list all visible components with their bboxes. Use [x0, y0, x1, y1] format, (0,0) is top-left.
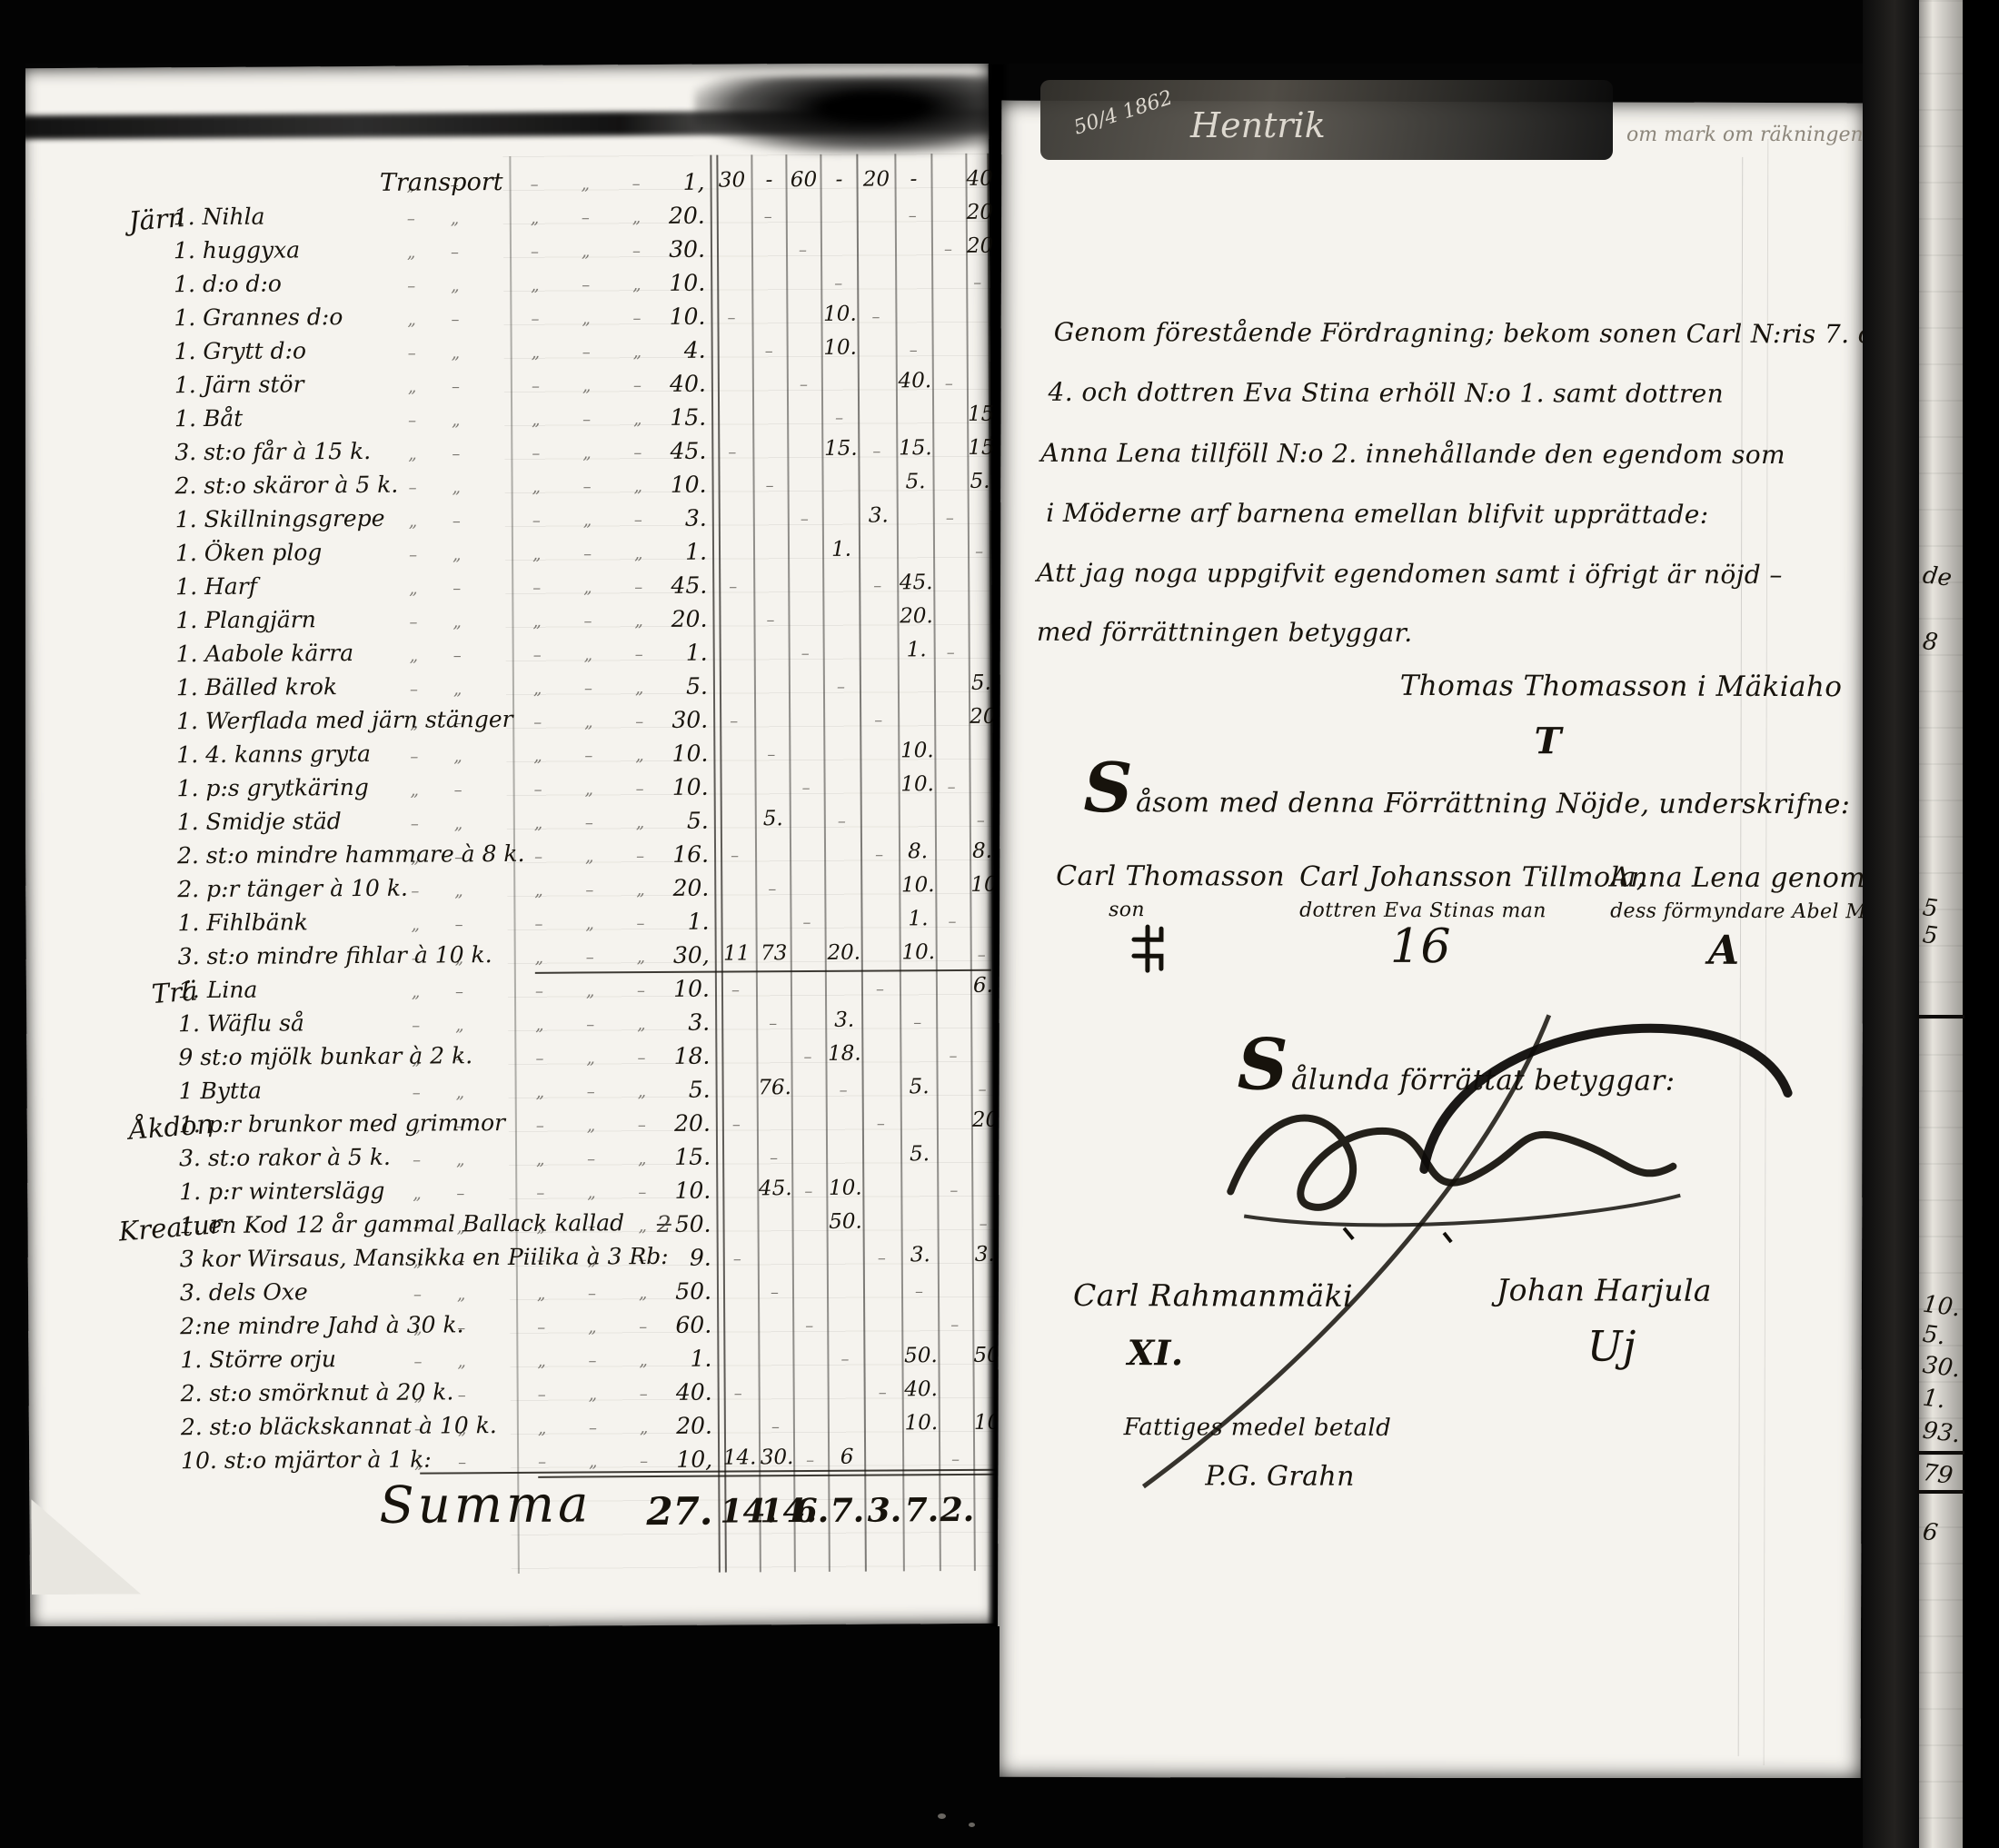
- ditto-mark: „: [537, 1352, 545, 1371]
- row-value: 10.: [608, 976, 710, 1003]
- table-row: 2:ne mindre Jahd à 30 k.„––„–60.––: [28, 1308, 996, 1348]
- edge-fragment: 10.: [1921, 1291, 1962, 1323]
- paragraph-line: Anna Lena tillföll N:o 2. innehållande d…: [1040, 438, 1785, 470]
- ditto-mark: –: [873, 576, 881, 595]
- row-cell: 10.: [900, 873, 936, 897]
- table-row: 1. Större orju–„„–„1.–50.50.: [28, 1342, 996, 1382]
- ditto-mark: –: [768, 879, 776, 899]
- edge-fragment: 79: [1921, 1459, 1954, 1490]
- ditto-mark: „: [455, 1016, 463, 1035]
- ditto-mark: „: [413, 1185, 421, 1204]
- edge-fragment: 1.: [1921, 1385, 1946, 1415]
- ditto-mark: –: [732, 1115, 741, 1134]
- ditto-mark: –: [409, 546, 417, 565]
- ditto-mark: „: [456, 1150, 464, 1169]
- row-cell: 40.: [903, 1377, 940, 1401]
- ditto-mark: –: [802, 913, 811, 932]
- ditto-mark: „: [531, 209, 539, 228]
- row-cell: 1.: [900, 907, 936, 930]
- ditto-mark: „: [532, 545, 541, 564]
- ditto-mark: „: [451, 209, 459, 228]
- row-description: 1. Grannes d:o: [174, 303, 343, 331]
- ditto-mark: „: [582, 443, 591, 462]
- ditto-mark: „: [536, 1150, 544, 1169]
- ditto-mark: –: [589, 1418, 597, 1437]
- ditto-mark: „: [453, 680, 462, 699]
- row-description: 1. Lina: [178, 977, 258, 1004]
- ditto-mark: –: [910, 341, 918, 360]
- ditto-mark: „: [589, 1385, 597, 1404]
- row-value: 10,: [611, 1446, 712, 1474]
- payment-note: Fattiges medel betald: [1124, 1414, 1392, 1442]
- row-description: 2. st:o skäror à 5 k.: [174, 472, 398, 500]
- ditto-mark: „: [411, 849, 419, 868]
- ditto-mark: „: [532, 612, 541, 631]
- ditto-mark: –: [410, 681, 418, 700]
- row-cell: 50.: [827, 1210, 863, 1234]
- ditto-mark: –: [457, 1251, 465, 1270]
- ditto-mark: „: [587, 1183, 595, 1202]
- row-value: 10.: [609, 1177, 711, 1205]
- row-cell: 40.: [897, 369, 933, 392]
- ditto-mark: –: [977, 811, 985, 830]
- ditto-mark: „: [455, 949, 463, 968]
- ditto-mark: –: [733, 1249, 741, 1268]
- ditto-mark: –: [584, 746, 592, 765]
- officiant-signature: Thomas Thomasson i Mäkiaho: [1400, 670, 1843, 703]
- ditto-mark: –: [731, 846, 739, 865]
- ditto-mark: –: [586, 1015, 594, 1034]
- ditto-mark: –: [408, 412, 416, 431]
- ditto-mark: –: [408, 344, 416, 363]
- row-description: 1. p:r winterslägg: [179, 1177, 384, 1205]
- row-cell: 20.: [898, 604, 934, 628]
- ditto-mark: –: [454, 780, 462, 800]
- heir-signature: Anna Lena genom: [1610, 862, 1865, 895]
- bomaerke-cross-icon: [1127, 923, 1169, 974]
- row-description: 3. st:o får à 15 k.: [174, 438, 371, 465]
- ditto-mark: „: [408, 445, 416, 464]
- row-cell: 60: [786, 168, 820, 192]
- ditto-mark: „: [535, 949, 543, 968]
- row-value: 250.: [609, 1211, 711, 1238]
- ditto-mark: „: [583, 511, 592, 530]
- ditto-mark: „: [413, 1252, 422, 1271]
- row-cell: 10.: [900, 940, 937, 964]
- summa-cell: 3.: [865, 1491, 903, 1529]
- ditto-mark: –: [413, 1218, 422, 1237]
- ditto-mark: –: [532, 377, 540, 396]
- row-cell: 6: [829, 1446, 865, 1469]
- row-value: 16.: [607, 841, 709, 869]
- row-cell: 5.: [901, 1075, 938, 1098]
- row-cell: 30: [711, 168, 751, 192]
- ditto-mark: –: [587, 1217, 595, 1236]
- paragraph-line: i Möderne arf barnena emellan blifvit up…: [1046, 498, 1708, 530]
- summa-cell: 6.: [794, 1492, 829, 1530]
- ditto-mark: „: [414, 1454, 423, 1473]
- row-description: 1. p:s grytkäring: [177, 774, 369, 801]
- ditto-mark: –: [876, 979, 884, 999]
- page-edge-shadow: [694, 75, 995, 155]
- ditto-mark: –: [537, 1318, 545, 1337]
- ditto-mark: „: [589, 1452, 597, 1471]
- ditto-mark: –: [944, 240, 952, 259]
- table-row: 1. Plangjärn–„„–„20.–20.: [24, 602, 991, 642]
- ditto-mark: „: [584, 712, 592, 731]
- ditto-mark: „: [407, 311, 415, 330]
- ditto-mark: –: [411, 815, 419, 834]
- table-row: 3. dels Oxe–„„–„50.––: [28, 1275, 996, 1315]
- ditto-mark: –: [583, 544, 592, 563]
- heir-bomaerke: 16: [1390, 919, 1451, 974]
- header-note: om mark om räkningen ut: [1626, 124, 1891, 146]
- film-speck: [938, 1813, 946, 1819]
- ditto-mark: „: [453, 747, 462, 766]
- row-cell: 45.: [898, 571, 934, 594]
- ditto-mark: –: [771, 1417, 780, 1436]
- ditto-mark: –: [453, 579, 461, 598]
- page-corner-fold: [31, 1498, 141, 1595]
- row-cell: 18.: [826, 1042, 862, 1066]
- row-cell: 20: [857, 167, 895, 191]
- paragraph-line: Att jag noga uppgifvit egendomen samt i …: [1037, 558, 1783, 590]
- heir-signature-sub: son: [1109, 899, 1145, 921]
- row-cell: 3.: [826, 1008, 862, 1032]
- ditto-mark: –: [536, 1184, 544, 1203]
- edge-fragment: 5.: [1921, 1321, 1946, 1351]
- ditto-mark: „: [533, 680, 542, 699]
- row-cell: -: [820, 168, 857, 192]
- ditto-mark: –: [532, 444, 540, 463]
- witness-bomaerke: XI.: [1128, 1332, 1184, 1373]
- sliver-rule: [1917, 1451, 1964, 1455]
- ditto-mark: –: [533, 713, 542, 732]
- row-description: 3. st:o rakor à 5 k.: [179, 1144, 391, 1171]
- ditto-mark: „: [407, 243, 415, 263]
- ditto-mark: „: [531, 276, 539, 295]
- ditto-mark: „: [452, 411, 460, 430]
- ditto-mark: –: [531, 310, 539, 329]
- row-description: 3. st:o mindre fihlar à 10 k.: [178, 941, 492, 969]
- row-cell: 15.: [897, 436, 933, 460]
- ditto-mark: –: [875, 845, 883, 864]
- row-description: 3. dels Oxe: [180, 1278, 308, 1306]
- paragraph-line: Genom förestående Fördragning; bekom son…: [1054, 317, 1905, 349]
- film-border: [1963, 0, 1999, 1848]
- ditto-mark: –: [973, 273, 981, 293]
- ditto-mark: –: [413, 1286, 422, 1305]
- row-cell: 14.: [720, 1446, 760, 1469]
- ditto-mark: –: [909, 206, 917, 225]
- row-cell: -: [895, 167, 931, 191]
- ditto-mark: –: [803, 1048, 811, 1067]
- row-cell: 1.: [823, 538, 860, 561]
- ditto-mark: „: [457, 1352, 465, 1371]
- ditto-mark: –: [767, 745, 775, 764]
- ditto-mark: „: [458, 1419, 466, 1438]
- heir-signature: Carl Johansson Tillmola,: [1299, 861, 1646, 894]
- row-description: 1. Fihlbänk: [177, 909, 308, 936]
- ditto-mark: „: [453, 478, 461, 497]
- ditto-mark: „: [538, 1419, 546, 1438]
- ditto-mark: „: [412, 983, 420, 1002]
- row-value: 1.: [605, 539, 707, 566]
- summa-label: Summa: [379, 1475, 592, 1535]
- row-cell: 15.: [822, 437, 859, 461]
- row-description: 2. p:r tänger à 10 k.: [177, 875, 408, 903]
- row-cell: 73: [757, 941, 791, 965]
- witness-signature: Johan Harjula: [1497, 1272, 1712, 1308]
- row-cell: 30.: [760, 1446, 794, 1469]
- witness-bomaerke: Uj: [1587, 1321, 1636, 1370]
- ditto-mark: –: [799, 241, 807, 260]
- ditto-mark: –: [535, 982, 543, 1001]
- row-description: 1. Större orju: [180, 1346, 336, 1373]
- row-description: 1. 4. kanns gryta: [176, 740, 371, 768]
- ditto-mark: –: [409, 613, 417, 632]
- ditto-mark: –: [583, 611, 592, 631]
- row-description: 1. Nihla: [174, 204, 265, 231]
- ditto-mark: –: [871, 307, 880, 326]
- ditto-mark: –: [837, 678, 845, 697]
- ditto-mark: –: [587, 1082, 595, 1101]
- ditto-mark: –: [534, 848, 542, 867]
- ditto-mark: –: [840, 1350, 849, 1369]
- edge-fragment: de: [1921, 561, 1953, 592]
- ditto-mark: „: [409, 580, 417, 599]
- signature-circle-flourish: [1398, 979, 1808, 1197]
- row-cell: 5.: [756, 807, 791, 830]
- ditto-mark: –: [877, 1114, 885, 1133]
- ditto-mark: –: [410, 748, 418, 767]
- ditto-mark: –: [534, 780, 542, 800]
- ditto-mark: „: [413, 1118, 421, 1137]
- ditto-mark: „: [582, 309, 590, 328]
- row-value: 20.: [603, 203, 705, 230]
- film-speck: [969, 1823, 975, 1827]
- ditto-mark: „: [410, 714, 418, 733]
- ditto-mark: „: [536, 1217, 544, 1237]
- ditto-mark: –: [455, 1049, 463, 1068]
- row-cell: 3.: [902, 1243, 939, 1267]
- ditto-mark: –: [586, 948, 594, 967]
- row-description: 10. st:o mjärtor à 1 k:: [181, 1446, 432, 1475]
- table-row: 1. Skillningsgrepe„––„–3.–3.–: [24, 502, 991, 541]
- row-cell: 10.: [899, 739, 935, 762]
- row-value: 5.: [609, 1077, 711, 1104]
- row-cell: 5.: [897, 470, 933, 493]
- row-value: 9.: [610, 1245, 711, 1272]
- ditto-mark: –: [801, 644, 810, 663]
- ditto-mark: –: [453, 512, 461, 531]
- row-description: 1. en Kod 12 år gammal Ballack kallad: [179, 1209, 624, 1238]
- row-value: 45.: [605, 572, 707, 600]
- ditto-mark: –: [458, 1386, 466, 1405]
- ditto-mark: –: [532, 512, 541, 531]
- ditto-mark: –: [734, 1384, 742, 1403]
- ditto-mark: –: [948, 912, 956, 931]
- ditto-mark: „: [537, 1285, 545, 1304]
- page-fold-line: [1764, 139, 1769, 1765]
- ditto-mark: „: [411, 781, 419, 800]
- ditto-mark: –: [731, 980, 740, 999]
- ditto-mark: „: [532, 411, 540, 430]
- ditto-mark: –: [533, 646, 542, 665]
- sliver-rule: [1917, 1490, 1964, 1494]
- ditto-mark: –: [978, 946, 986, 965]
- ditto-mark: „: [532, 478, 541, 497]
- summa-cell: 14.: [720, 1492, 760, 1530]
- ditto-mark: –: [801, 510, 809, 529]
- struck-digit: 2: [657, 1211, 671, 1237]
- ditto-mark: –: [806, 1451, 814, 1470]
- ditto-mark: „: [582, 376, 591, 395]
- table-row: 1. Bälled krok–„„–„5.–5.: [25, 670, 992, 710]
- ditto-mark: –: [407, 210, 415, 229]
- row-value: 30.: [606, 707, 708, 734]
- ditto-mark: „: [535, 1016, 543, 1035]
- right-page: Genom förestående Fördragning; bekom son…: [998, 101, 1865, 1779]
- row-cell: 20.: [826, 941, 862, 965]
- row-cell: -: [751, 168, 786, 192]
- ditto-mark: –: [728, 442, 736, 462]
- ditto-mark: –: [840, 1081, 848, 1100]
- ditto-mark: „: [406, 176, 414, 195]
- ditto-mark: –: [456, 1184, 464, 1203]
- header-name: Hentrik: [1190, 105, 1326, 145]
- ditto-mark: „: [456, 1217, 464, 1237]
- ditto-mark: –: [413, 1353, 422, 1372]
- ditto-mark: –: [409, 479, 417, 498]
- ditto-mark: –: [766, 611, 774, 630]
- row-value: 20.: [607, 875, 709, 902]
- ditto-mark: „: [586, 981, 594, 1000]
- left-page: JärnTräÅkdonKreatur Transport„––„–1,30-6…: [21, 63, 998, 1629]
- row-value: 45.: [604, 438, 706, 465]
- ditto-mark: „: [585, 847, 593, 866]
- ditto-mark: „: [411, 916, 419, 935]
- ditto-mark: –: [874, 710, 882, 730]
- ditto-mark: –: [951, 1450, 960, 1469]
- summa-cell: 7.: [829, 1492, 865, 1530]
- ditto-mark: –: [949, 1047, 957, 1066]
- paragraph-line: med förrättningen betyggar.: [1037, 617, 1413, 648]
- ditto-mark: „: [414, 1386, 423, 1406]
- row-cell: 11: [717, 941, 757, 965]
- ditto-mark: –: [451, 243, 459, 262]
- row-value: 18.: [608, 1043, 710, 1070]
- table-row: 1. Harf„––„–45.––45.: [24, 569, 991, 609]
- row-description: 1. Werflada med järn stänger: [176, 706, 513, 734]
- ditto-mark: –: [532, 579, 541, 598]
- ditto-mark: –: [414, 1420, 423, 1439]
- edge-fragment: 30.: [1921, 1352, 1962, 1384]
- ditto-mark: –: [946, 509, 954, 528]
- ditto-mark: „: [582, 242, 590, 261]
- ditto-mark: –: [771, 1283, 779, 1302]
- summa-cell: 14.: [760, 1492, 794, 1530]
- ditto-mark: –: [582, 208, 590, 227]
- row-description: 2. st:o smörknut à 20 k.: [181, 1378, 454, 1406]
- ditto-mark: –: [730, 711, 738, 730]
- film-border: [0, 64, 25, 1848]
- ditto-mark: –: [950, 1181, 958, 1200]
- ditto-mark: „: [533, 747, 542, 766]
- ditto-mark: „: [581, 174, 589, 194]
- film-border: [0, 0, 1999, 64]
- table-row: 2. st:o smörknut à 20 k.„––„–40.––40.: [29, 1376, 997, 1416]
- row-cell: 10.: [821, 303, 858, 326]
- ditto-mark: „: [534, 881, 542, 900]
- ditto-mark: „: [408, 378, 416, 397]
- row-value: 1.: [606, 640, 708, 667]
- row-description: 1. Aabole kärra: [176, 640, 354, 667]
- ditto-mark: –: [979, 1080, 987, 1099]
- row-description: 1. Båt: [174, 405, 243, 432]
- row-value: 10.: [603, 303, 705, 331]
- ditto-mark: –: [729, 577, 737, 596]
- microfilm-scan: JärnTräÅkdonKreatur Transport„––„–1,30-6…: [0, 0, 1999, 1848]
- ditto-mark: „: [586, 1048, 594, 1068]
- ditto-mark: „: [413, 1319, 422, 1338]
- ditto-mark: –: [452, 444, 460, 463]
- row-cell: 10.: [822, 336, 859, 360]
- officiant-bomaerke: T: [1535, 720, 1562, 762]
- row-value: 1.: [607, 909, 709, 936]
- ditto-mark: „: [452, 343, 460, 363]
- ditto-mark: –: [453, 713, 462, 732]
- ditto-mark: –: [804, 1182, 812, 1201]
- row-value: 1.: [610, 1346, 711, 1373]
- ditto-mark: „: [454, 881, 462, 900]
- summa-cell: 7.: [903, 1491, 940, 1529]
- ditto-mark: –: [585, 880, 593, 899]
- row-value: 15.: [604, 404, 706, 432]
- row-value: 10.: [603, 270, 705, 297]
- page-stack-edge: [1863, 0, 1921, 1848]
- row-cell: 76.: [758, 1076, 792, 1099]
- table-row: 1. Öken plog–„„–„1.1.–: [24, 535, 991, 575]
- summa-total: 27.: [643, 1489, 712, 1534]
- row-value: 5.: [606, 673, 708, 700]
- row-cell: 3.: [860, 503, 898, 527]
- ditto-mark: „: [412, 1050, 420, 1069]
- table-row: 2. st:o skäror à 5 k.–„„–„10.–5.5.: [23, 468, 990, 508]
- row-cell: 5.: [901, 1142, 938, 1166]
- row-value: 5.: [607, 808, 709, 835]
- row-value: 20.: [609, 1110, 711, 1138]
- payment-signature: P.G. Grahn: [1205, 1460, 1355, 1492]
- row-cell: 1.: [899, 638, 935, 661]
- row-description: 1. Harf: [175, 573, 257, 601]
- row-value: 10.: [607, 774, 709, 801]
- ditto-mark: „: [532, 343, 540, 363]
- ditto-mark: –: [450, 175, 458, 194]
- ditto-mark: „: [453, 612, 461, 631]
- ditto-mark: „: [585, 780, 593, 799]
- ditto-mark: –: [537, 1251, 545, 1270]
- ditto-mark: –: [838, 812, 846, 831]
- ditto-mark: –: [455, 982, 463, 1001]
- row-description: Transport: [293, 168, 502, 197]
- paragraph-line: 4. och dottren Eva Stina erhöll N:o 1. s…: [1049, 377, 1725, 409]
- table-row: 1. Aabole kärra„––„–1.–1.–: [25, 636, 992, 676]
- ditto-mark: –: [457, 1318, 465, 1337]
- film-border: [0, 1626, 999, 1848]
- ditto-mark: –: [582, 410, 591, 429]
- ditto-mark: „: [456, 1083, 464, 1102]
